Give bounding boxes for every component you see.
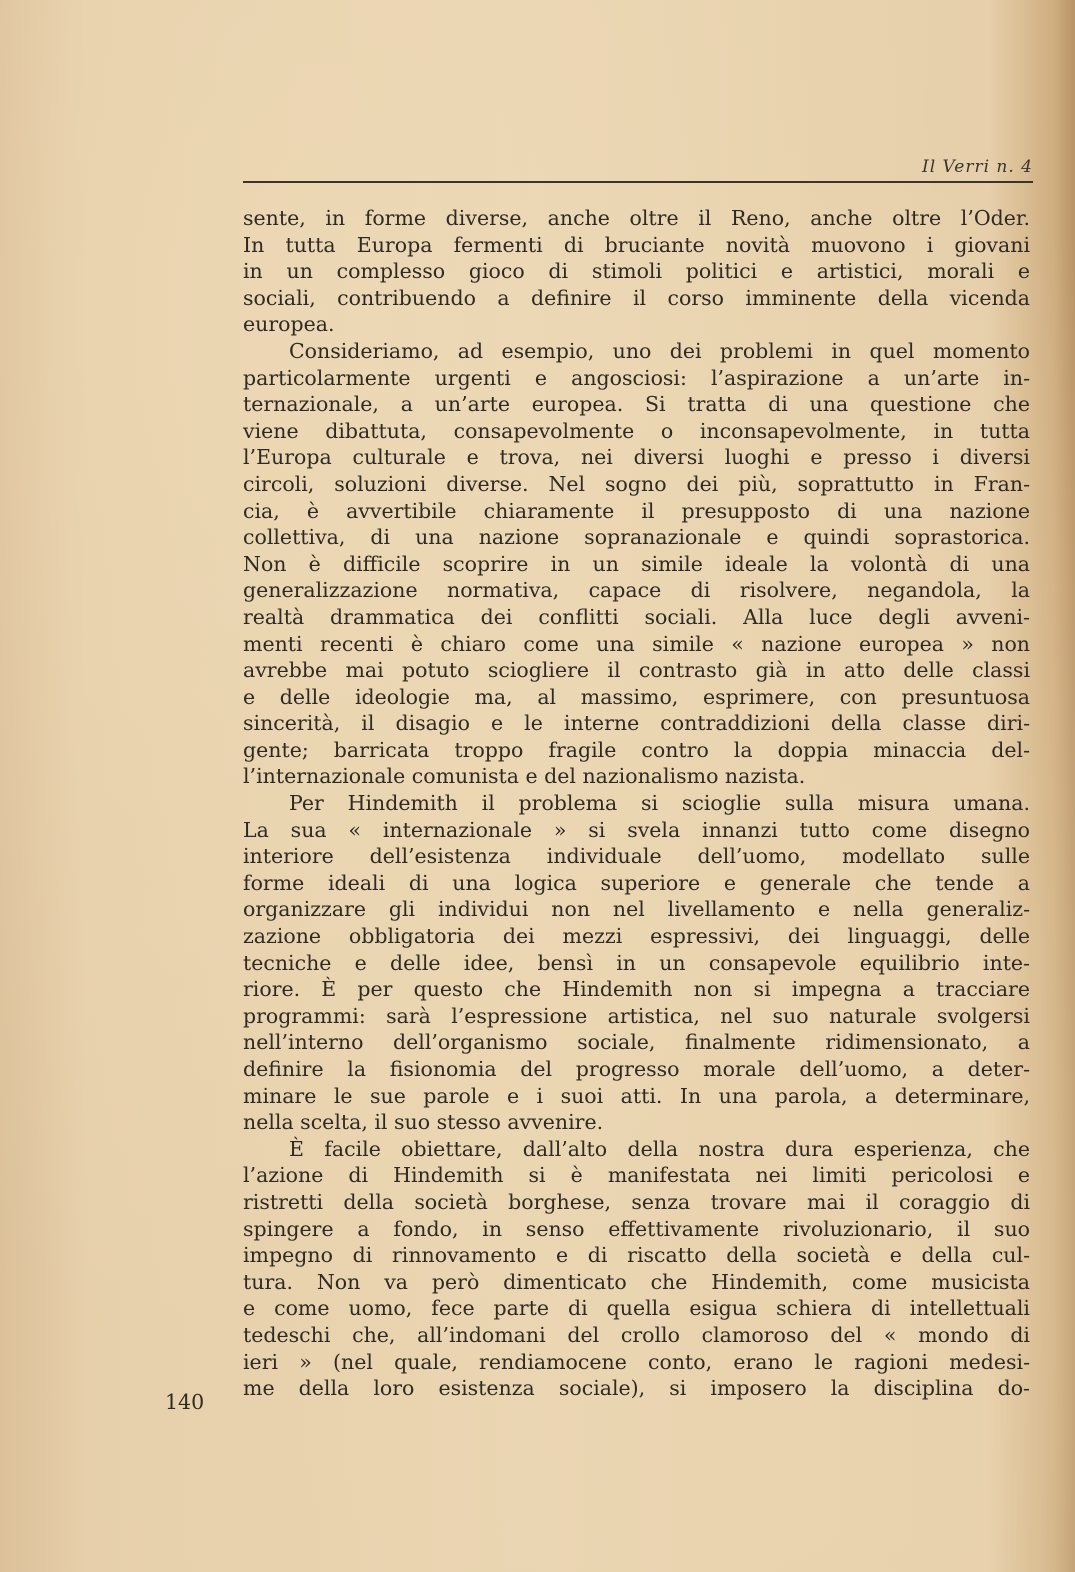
- text-line: ternazionale, a un’arte europea. Si trat…: [243, 391, 1030, 418]
- text-line: e come uomo, fece parte di quella esigua…: [243, 1295, 1030, 1322]
- text-line: sociali, contribuendo a definire il cors…: [243, 285, 1030, 312]
- text-line: Per Hindemith il problema si scioglie su…: [243, 790, 1030, 817]
- header-rule: [243, 181, 1033, 183]
- paragraph: sente, in forme diverse, anche oltre il …: [243, 205, 1030, 338]
- book-page: Il Verri n. 4 sente, in forme diverse, a…: [0, 0, 1075, 1572]
- text-line: interiore dell’esistenza individuale del…: [243, 843, 1030, 870]
- text-line: Consideriamo, ad esempio, uno dei proble…: [243, 338, 1030, 365]
- text-line: sente, in forme diverse, anche oltre il …: [243, 205, 1030, 232]
- text-line: avrebbe mai potuto sciogliere il contras…: [243, 657, 1030, 684]
- text-line: forme ideali di una logica superiore e g…: [243, 870, 1030, 897]
- text-line: spingere a fondo, in senso effettivament…: [243, 1216, 1030, 1243]
- text-line: zazione obbligatoria dei mezzi espressiv…: [243, 923, 1030, 950]
- text-line: particolarmente urgenti e angosciosi: l’…: [243, 365, 1030, 392]
- text-line: ristretti della società borghese, senza …: [243, 1189, 1030, 1216]
- text-line: circoli, soluzioni diverse. Nel sogno de…: [243, 471, 1030, 498]
- text-line: cia, è avvertibile chiaramente il presup…: [243, 498, 1030, 525]
- text-line: europea.: [243, 311, 1030, 338]
- text-line: viene dibattuta, consapevolmente o incon…: [243, 418, 1030, 445]
- text-line: menti recenti è chiaro come una simile «…: [243, 631, 1030, 658]
- text-line: In tutta Europa fermenti di bruciante no…: [243, 232, 1030, 259]
- text-line: l’internazionale comunista e del naziona…: [243, 763, 1030, 790]
- text-line: nella scelta, il suo stesso avvenire.: [243, 1109, 1030, 1136]
- paragraph: Per Hindemith il problema si scioglie su…: [243, 790, 1030, 1136]
- text-line: collettiva, di una nazione sopranazional…: [243, 524, 1030, 551]
- text-line: e delle ideologie ma, al massimo, esprim…: [243, 684, 1030, 711]
- text-line: generalizzazione normativa, capace di ri…: [243, 577, 1030, 604]
- text-line: ieri » (nel quale, rendiamocene conto, e…: [243, 1349, 1030, 1376]
- text-line: minare le sue parole e i suoi atti. In u…: [243, 1083, 1030, 1110]
- text-line: l’Europa culturale e trova, nei diversi …: [243, 444, 1030, 471]
- body-text: sente, in forme diverse, anche oltre il …: [243, 205, 1030, 1402]
- paragraph: Consideriamo, ad esempio, uno dei proble…: [243, 338, 1030, 790]
- text-line: tecniche e delle idee, bensì in un consa…: [243, 950, 1030, 977]
- text-line: nell’interno dell’organismo sociale, fin…: [243, 1029, 1030, 1056]
- text-line: riore. È per questo che Hindemith non si…: [243, 976, 1030, 1003]
- page-number: 140: [165, 1390, 204, 1414]
- text-line: È facile obiettare, dall’alto della nost…: [243, 1136, 1030, 1163]
- paragraph: È facile obiettare, dall’alto della nost…: [243, 1136, 1030, 1402]
- text-line: sincerità, il disagio e le interne contr…: [243, 710, 1030, 737]
- text-line: Non è difficile scoprire in un simile id…: [243, 551, 1030, 578]
- text-line: me della loro esistenza sociale), si imp…: [243, 1375, 1030, 1402]
- text-line: organizzare gli individui non nel livell…: [243, 896, 1030, 923]
- text-line: l’azione di Hindemith si è manifestata n…: [243, 1162, 1030, 1189]
- text-line: in un complesso gioco di stimoli politic…: [243, 258, 1030, 285]
- text-line: realtà drammatica dei conflitti sociali.…: [243, 604, 1030, 631]
- text-line: La sua « internazionale » si svela innan…: [243, 817, 1030, 844]
- text-line: impegno di rinnovamento e di riscatto de…: [243, 1242, 1030, 1269]
- text-line: programmi: sarà l’espressione artistica,…: [243, 1003, 1030, 1030]
- text-line: tura. Non va però dimenticato che Hindem…: [243, 1269, 1030, 1296]
- running-head: Il Verri n. 4: [243, 157, 1033, 177]
- text-line: tedeschi che, all’indomani del crollo cl…: [243, 1322, 1030, 1349]
- text-line: gente; barricata troppo fragile contro l…: [243, 737, 1030, 764]
- text-line: definire la fisionomia del progresso mor…: [243, 1056, 1030, 1083]
